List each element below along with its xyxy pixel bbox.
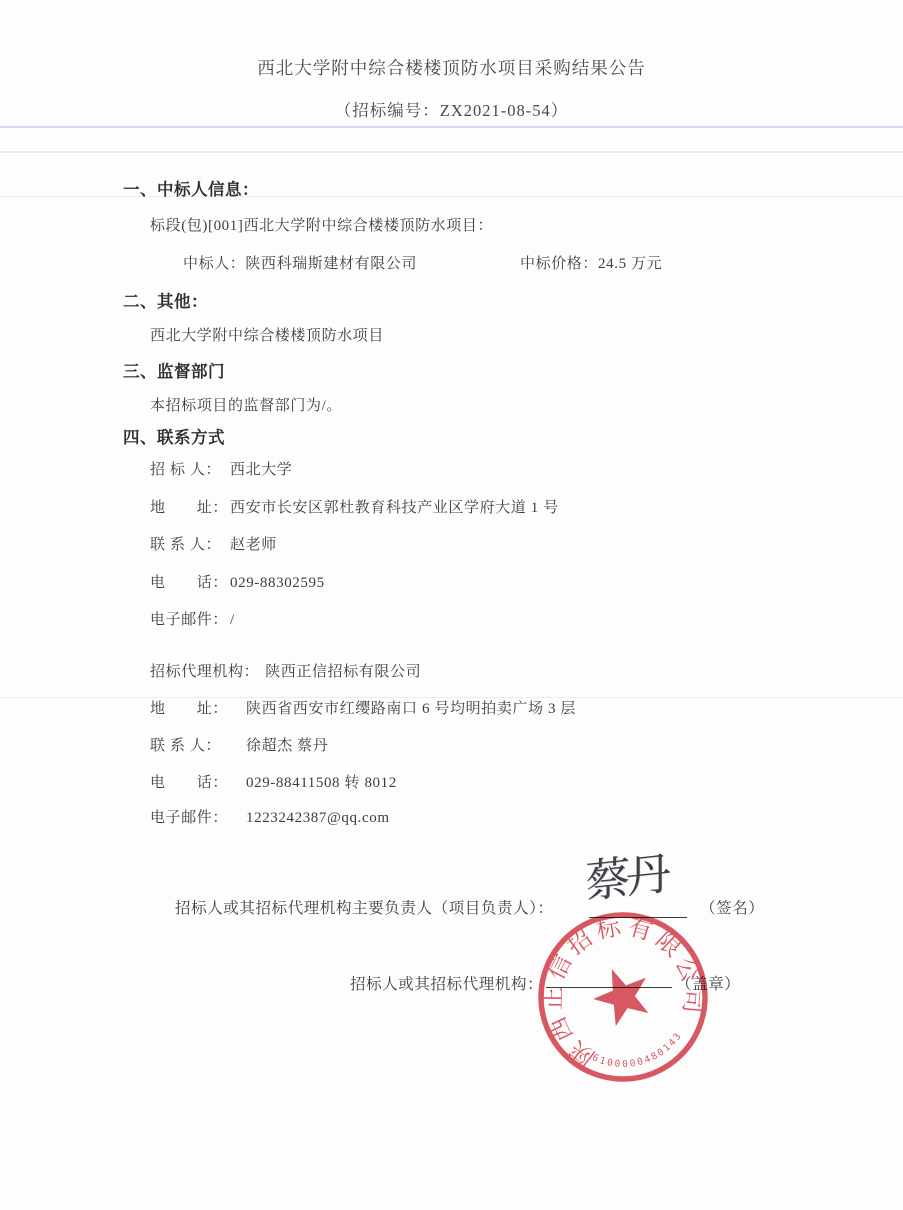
scan-artifact-line — [0, 151, 903, 153]
field-value: 西北大学 — [230, 462, 292, 478]
seal-svg: 陕西正信招标有限公司 6100000480143 — [523, 897, 723, 1097]
field-value: 西安市长安区郭杜教育科技产业区学府大道 1 号 — [230, 500, 559, 516]
agency-row-phone: 电 话：029-88411508 转 8012 — [150, 771, 397, 792]
section-heading-supervision: 三、监督部门 — [123, 358, 225, 382]
stamp-line — [546, 940, 672, 988]
contact-row-person: 联 系 人：赵老师 — [150, 533, 277, 554]
field-label: 招标代理机构： — [150, 660, 259, 681]
org-stamp-label: 招标人或其招标代理机构： — [350, 972, 543, 994]
scan-artifact-line — [0, 126, 903, 128]
seal-number-textpath: 6100000480143 — [588, 1019, 690, 1085]
field-value: 陕西正信招标有限公司 — [265, 664, 421, 680]
field-value: 029-88302595 — [230, 575, 325, 591]
field-value: 陕西省西安市红缨路南口 6 号均明拍卖广场 3 层 — [246, 701, 576, 717]
field-label: 招 标 人： — [150, 458, 230, 479]
section-heading-other: 二、其他： — [123, 288, 208, 312]
tender-number: （招标编号：ZX2021-08-54） — [0, 97, 903, 121]
sign-suffix: （签名） — [700, 896, 764, 918]
winner-name: 陕西科瑞斯建材有限公司 — [245, 256, 417, 272]
price-label: 中标价格： — [520, 256, 598, 272]
field-label: 地 址： — [150, 697, 246, 718]
field-value: 1223242387@qq.com — [246, 810, 390, 826]
field-value: / — [230, 612, 235, 628]
field-label: 电子邮件： — [150, 608, 230, 629]
field-label: 地 址： — [150, 496, 230, 517]
scanned-document-page: 西北大学附中综合楼楼顶防水项目采购结果公告 （招标编号：ZX2021-08-54… — [0, 0, 903, 1210]
field-label: 电子邮件： — [150, 806, 246, 827]
field-value: 徐超杰 蔡丹 — [246, 738, 328, 754]
handwritten-signature: 蔡丹 — [585, 837, 667, 911]
seal-border-circle — [523, 897, 723, 1097]
field-value: 029-88411508 转 8012 — [246, 775, 397, 791]
agency-row-address: 地 址：陕西省西安市红缨路南口 6 号均明拍卖广场 3 层 — [150, 697, 576, 718]
winner-label: 中标人： — [183, 256, 245, 272]
document-title: 西北大学附中综合楼楼顶防水项目采购结果公告 — [0, 55, 903, 80]
section-heading-contact: 四、联系方式 — [123, 424, 225, 448]
field-label: 联 系 人： — [150, 734, 246, 755]
price-value: 24.5 万元 — [598, 256, 662, 272]
contact-row-phone: 电 话：029-88302595 — [150, 571, 325, 592]
field-value: 赵老师 — [230, 537, 277, 553]
field-label: 电 话： — [150, 571, 230, 592]
section-heading-winner-info: 一、中标人信息： — [123, 176, 259, 200]
contact-row-tenderer: 招 标 人：西北大学 — [150, 458, 292, 479]
contact-row-email: 电子邮件：/ — [150, 608, 235, 629]
other-content: 西北大学附中综合楼楼顶防水项目 — [150, 324, 384, 345]
field-label: 电 话： — [150, 771, 246, 792]
responsible-person-label: 招标人或其招标代理机构主要负责人（项目负责人）： — [175, 896, 554, 918]
agency-row-email: 电子邮件：1223242387@qq.com — [150, 806, 390, 827]
company-seal-stamp: 陕西正信招标有限公司 6100000480143 — [523, 897, 723, 1097]
seal-serial-number: 6100000480143 — [588, 1019, 690, 1085]
winner-line: 中标人：陕西科瑞斯建材有限公司 — [183, 252, 417, 273]
contact-row-address: 地 址：西安市长安区郭杜教育科技产业区学府大道 1 号 — [150, 496, 559, 517]
price-line: 中标价格：24.5 万元 — [520, 252, 662, 273]
agency-row-name: 招标代理机构：陕西正信招标有限公司 — [150, 660, 421, 681]
seal-suffix: （盖章） — [676, 972, 740, 994]
package-line: 标段(包)[001]西北大学附中综合楼楼顶防水项目： — [150, 214, 493, 235]
agency-row-person: 联 系 人：徐超杰 蔡丹 — [150, 734, 328, 755]
field-label: 联 系 人： — [150, 533, 230, 554]
supervision-content: 本招标项目的监督部门为/。 — [150, 394, 342, 415]
